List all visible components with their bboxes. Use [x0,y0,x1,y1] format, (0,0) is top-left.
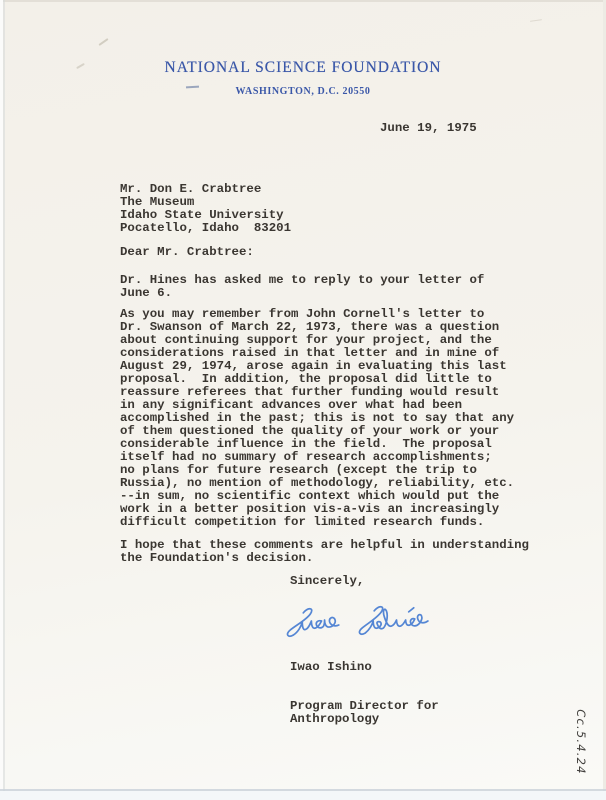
body-paragraph-1: Dr. Hines has asked me to reply to your … [120,274,484,300]
scan-edge-left-line [3,0,5,800]
signature-typed-title: Program Director for Anthropology [290,700,439,726]
signature-i-tick-stroke [409,608,414,612]
body-paragraph-3: I hope that these comments are helpful i… [120,539,529,565]
body-paragraph-2: As you may remember from John Cornell's … [120,308,514,529]
letterhead-org-name: NATIONAL SCIENCE FOUNDATION [0,59,606,77]
signature-typed-name: Iwao Ishino [290,661,439,674]
letter-page: NATIONAL SCIENCE FOUNDATION WASHINGTON, … [0,0,606,800]
signature-last-name-stroke [359,607,427,634]
signature-first-name-stroke [288,609,339,636]
date-line: June 19, 1975 [380,122,477,135]
letterhead-address: WASHINGTON, D.C. 20550 [0,86,606,97]
recipient-address-block: Mr. Don E. Crabtree The Museum Idaho Sta… [120,183,291,235]
catalog-annotation: Cc.5.4.24 [574,709,588,774]
signature-block: Iwao Ishino Program Director for Anthrop… [290,635,439,752]
closing-line: Sincerely, [290,575,364,588]
pencil-mark [530,19,542,22]
scan-edge-bottom [0,791,606,800]
scan-edge-top [0,0,606,2]
salutation: Dear Mr. Crabtree: [120,246,254,259]
pencil-mark [98,38,108,46]
